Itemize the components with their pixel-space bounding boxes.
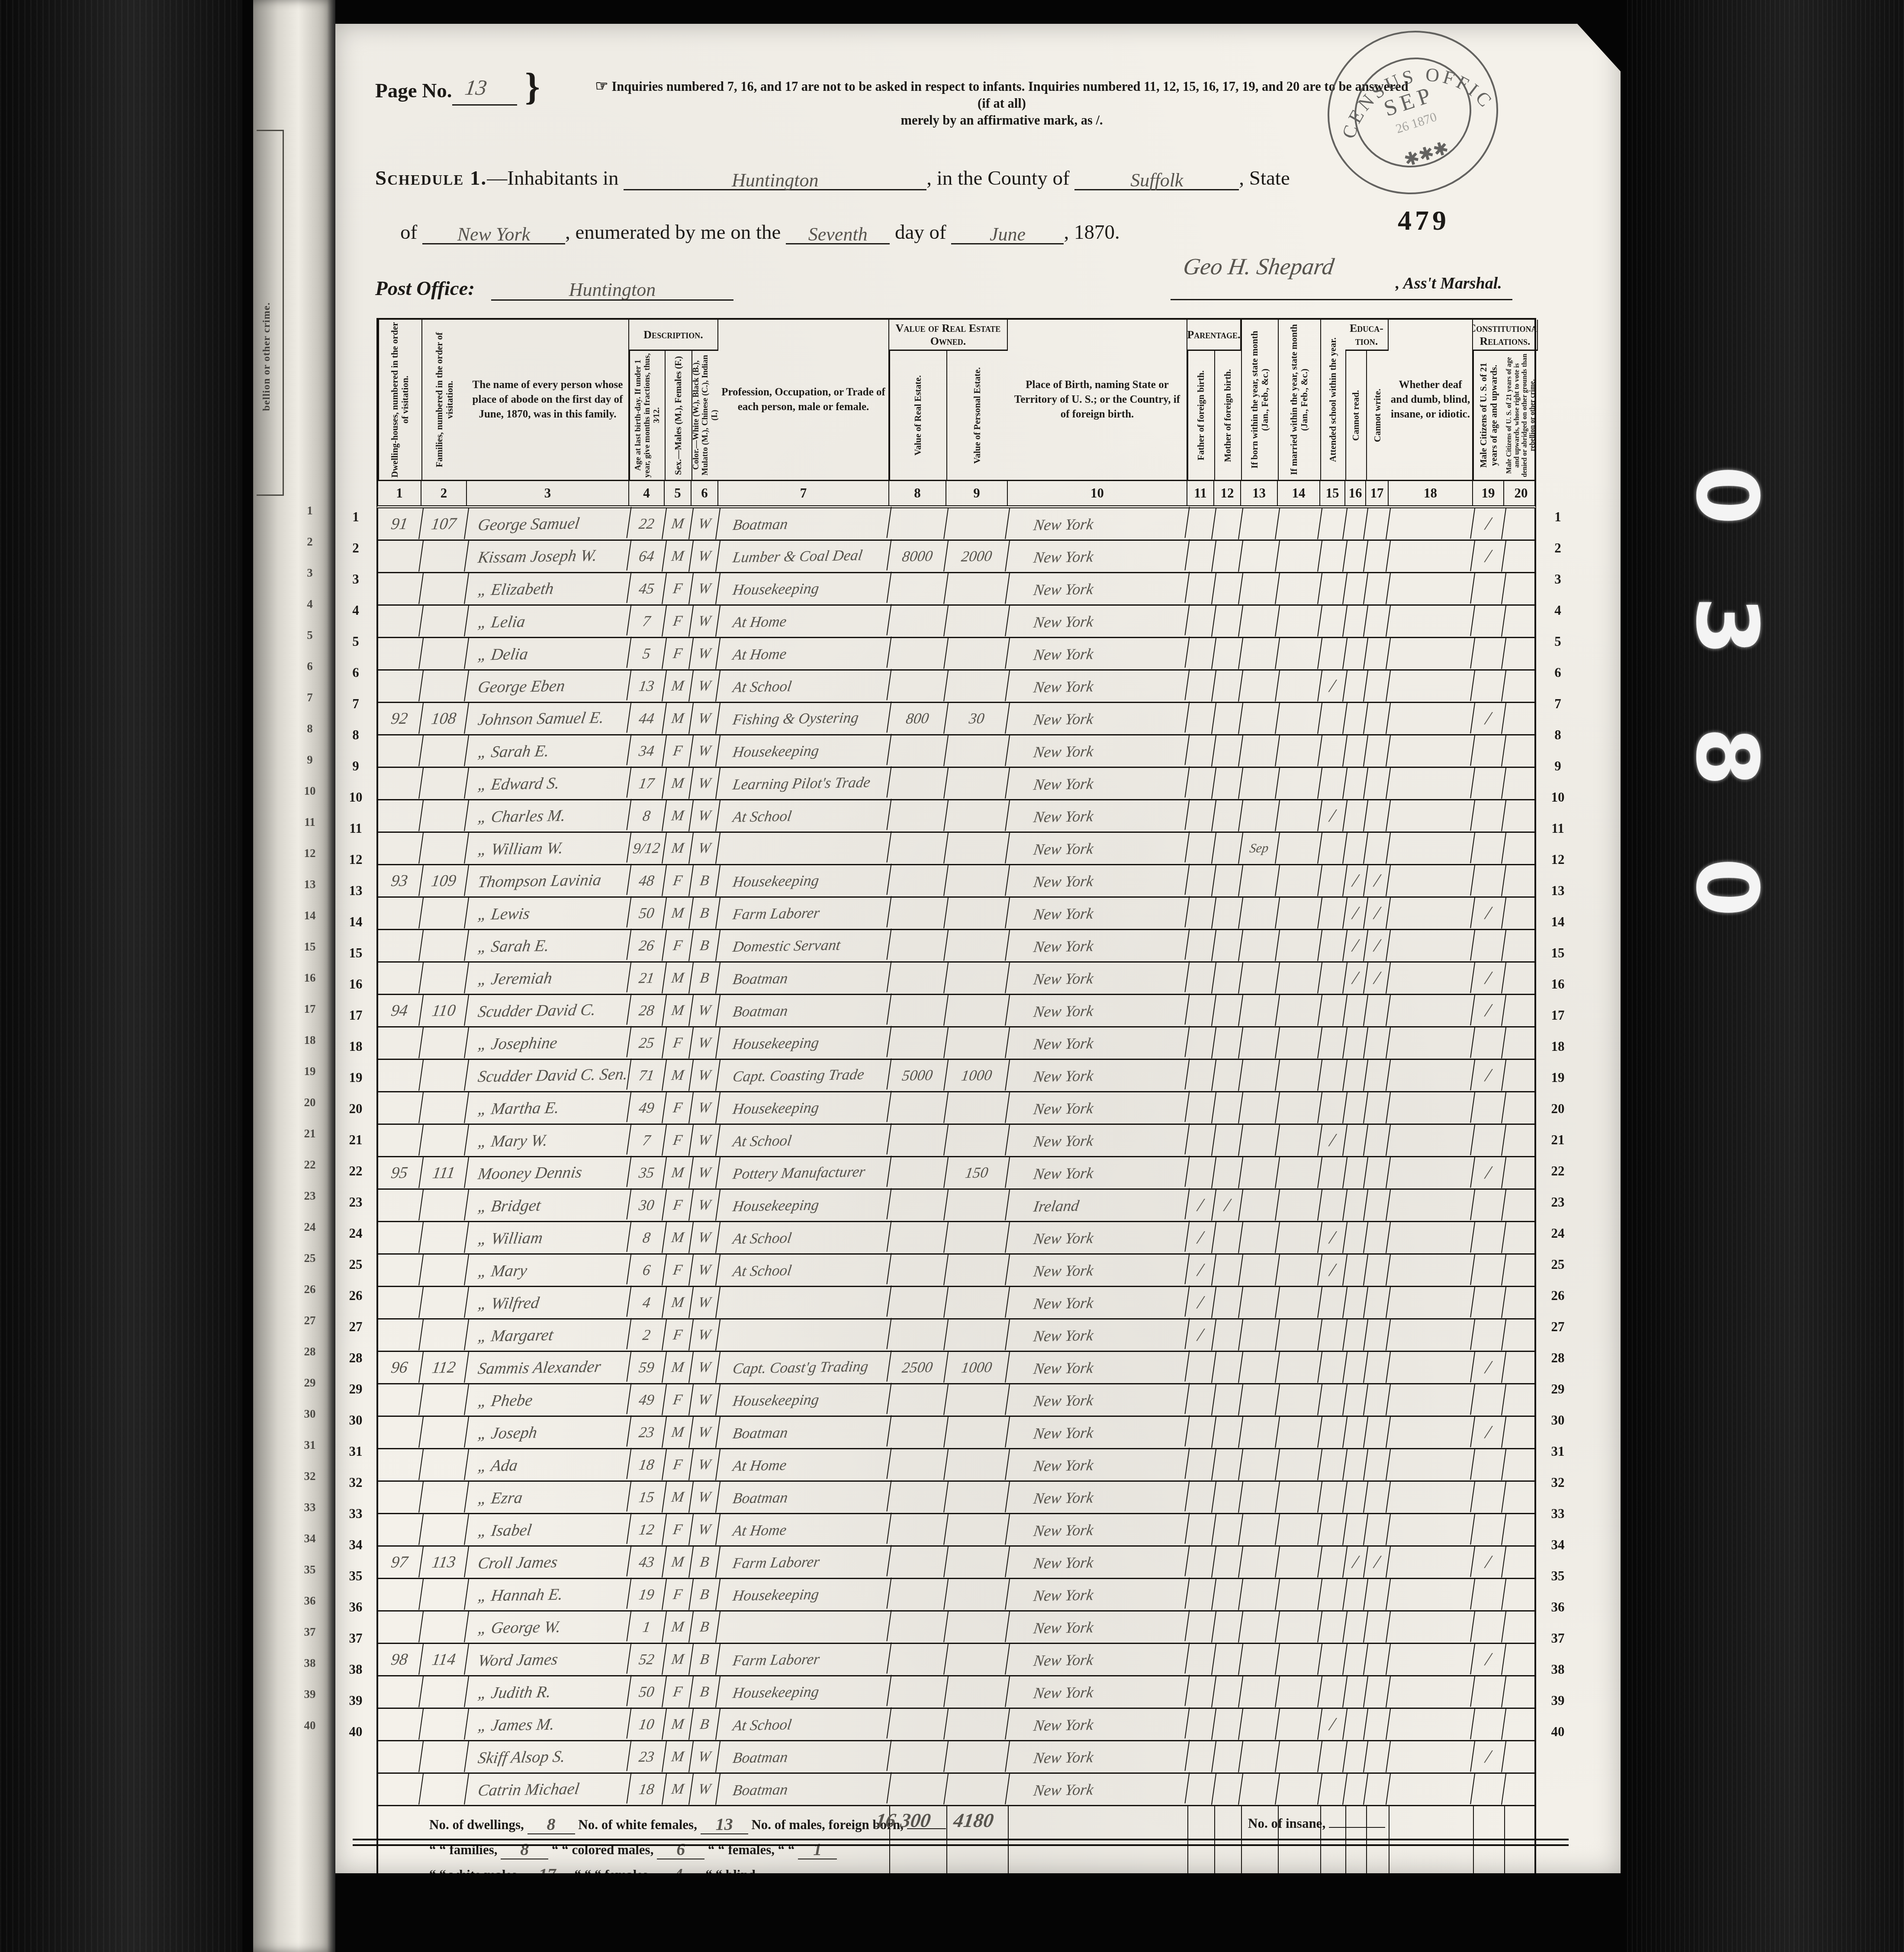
table-row: 95111Mooney Dennis35MWPottery Manufactur… [378, 1157, 1534, 1190]
cell-c12-row8 [1212, 735, 1243, 767]
cell-c18-row39 [1386, 1740, 1476, 1773]
cell-color-row7: W [689, 703, 720, 734]
cell-color-row13: B [689, 897, 720, 929]
cell-c14-row21 [1276, 1157, 1322, 1189]
cell-occ-row14: Domestic Servant [716, 929, 891, 963]
row-number-right: 31 [1543, 1444, 1573, 1459]
cell-pob-row37: New York [1005, 1675, 1190, 1709]
cell-f-row30 [419, 1449, 469, 1481]
cell-re-row39 [887, 1741, 949, 1773]
cell-name-row7: Johnson Samuel E. [464, 702, 631, 736]
cell-pob-row26: New York [1005, 1318, 1190, 1352]
post-office-label: Post Office: [375, 277, 475, 300]
summary-column-rule [1008, 1806, 1009, 1887]
cell-re-row9 [887, 767, 949, 799]
cell-c20-row38 [1502, 1708, 1540, 1740]
cell-c14-row18 [1276, 1059, 1322, 1092]
column-header-16: Cannot read. [1345, 351, 1366, 480]
column-number: 17 [1366, 481, 1389, 505]
cell-c12-row34 [1212, 1579, 1243, 1610]
column-header-19: Male Citizens of U. S. of 21 years of ag… [1473, 351, 1504, 480]
cell-d-row1: 91 [376, 508, 424, 540]
cell-f-row25 [419, 1287, 469, 1319]
adjacent-page-row-number: 9 [295, 753, 325, 767]
column-header-17: Cannot write. [1366, 351, 1389, 480]
page-no-blank-line [452, 104, 517, 106]
cell-c15-row30 [1318, 1449, 1348, 1480]
cell-c13-row34 [1239, 1579, 1280, 1610]
cell-c18-row4 [1386, 605, 1476, 637]
cell-sex-row3: F [663, 573, 694, 604]
cell-c15-row21 [1318, 1157, 1348, 1188]
adjacent-page-row-number: 33 [295, 1501, 325, 1514]
cell-c14-row27 [1276, 1352, 1322, 1384]
row-number-left: 28 [341, 1350, 371, 1366]
cell-d-row38 [376, 1708, 424, 1740]
cell-re-row40 [887, 1773, 949, 1805]
column-number: 10 [1008, 481, 1187, 505]
summary-value [762, 1878, 810, 1879]
cell-pob-row13: New York [1005, 896, 1190, 930]
row-number-right: 4 [1543, 603, 1573, 618]
table-row: „ Martha E.49FWHousekeepingNew York [378, 1092, 1534, 1125]
cell-pob-row35: New York [1005, 1610, 1190, 1644]
summary-column-rule [1504, 1806, 1505, 1887]
cell-c13-row6 [1239, 670, 1280, 702]
column-number: 13 [1241, 481, 1278, 505]
cell-name-row10: „ Charles M. [464, 799, 631, 833]
cell-c19-row25 [1471, 1287, 1506, 1318]
adjacent-page-row-number: 6 [295, 660, 325, 673]
cell-age-row17: 25 [627, 1027, 667, 1059]
adjacent-page-row-number: 5 [295, 629, 325, 642]
cell-c20-row13 [1502, 897, 1540, 929]
cell-color-row34: B [689, 1579, 720, 1610]
cell-c19-row3 [1471, 573, 1506, 604]
cell-re-row26 [887, 1319, 949, 1351]
cell-occ-row9: Learning Pilot's Trade [716, 767, 891, 801]
town-value: Huntington [732, 170, 818, 191]
cell-f-row22 [419, 1189, 469, 1221]
cell-c20-row32 [1502, 1514, 1540, 1545]
adjacent-page-row-number: 26 [295, 1283, 325, 1296]
cell-color-row16: W [689, 995, 720, 1026]
cell-c13-row33 [1239, 1546, 1280, 1578]
cell-c15-row12 [1318, 865, 1348, 896]
cell-c11-row29 [1185, 1416, 1216, 1448]
adjacent-page-row-number: 34 [295, 1532, 325, 1545]
cell-c14-row31 [1276, 1481, 1322, 1513]
cell-c15-row39 [1318, 1741, 1348, 1772]
cell-pob-row16: New York [1005, 993, 1190, 1027]
row-number-left: 23 [341, 1194, 371, 1210]
cell-pe-row24 [944, 1254, 1010, 1286]
cell-sex-row33: M [663, 1546, 694, 1578]
cell-c13-row20 [1239, 1124, 1280, 1156]
row-number-left: 38 [341, 1662, 371, 1677]
cell-c13-row21 [1239, 1157, 1280, 1188]
cell-name-row27: Sammis Alexander [464, 1351, 631, 1385]
row-number-right: 16 [1543, 976, 1573, 992]
cell-d-row34 [376, 1579, 424, 1611]
row-number-right: 25 [1543, 1257, 1573, 1272]
cell-c20-row27 [1502, 1352, 1540, 1383]
cell-c20-row40 [1502, 1773, 1540, 1805]
cell-c15-row16 [1318, 995, 1348, 1026]
cell-c14-row33 [1276, 1546, 1322, 1578]
cell-pe-row8 [944, 735, 1010, 767]
cell-occ-row39: Boatman [716, 1740, 891, 1774]
summary-insane-blank [1329, 1827, 1385, 1828]
cell-pe-row20 [944, 1124, 1010, 1156]
table-row: „ Lewis50MBFarm LaborerNew York/// [378, 898, 1534, 930]
cell-f-row19 [419, 1092, 469, 1124]
cell-pe-row34 [944, 1579, 1010, 1611]
cell-c19-row40 [1471, 1773, 1506, 1805]
summary-column-rule [1389, 1806, 1389, 1887]
row-number-right: 40 [1543, 1724, 1573, 1740]
cell-c11-row16 [1185, 995, 1216, 1026]
cell-c14-row17 [1276, 1027, 1322, 1059]
column-number-row: 1234567891011121314151617181920 [376, 481, 1536, 508]
column-header-7: Profession, Occupation, or Trade of each… [718, 320, 889, 480]
cell-c20-row20 [1502, 1124, 1540, 1156]
schedule-heading-line2: of New York, enumerated by me on the Sev… [400, 221, 1482, 244]
adjacent-page-row-number: 17 [295, 1002, 325, 1016]
cell-sex-row2: M [663, 540, 694, 572]
cell-name-row37: „ Judith R. [464, 1675, 631, 1709]
cell-d-row33: 97 [376, 1546, 424, 1578]
cell-color-row1: W [689, 508, 720, 539]
cell-c13-row16 [1239, 995, 1280, 1026]
cell-c11-row25: / [1185, 1287, 1216, 1318]
cell-c20-row33 [1502, 1546, 1540, 1578]
cell-pob-row7: New York [1005, 701, 1190, 735]
column-number: 16 [1345, 481, 1366, 505]
column-group-label: Parentage. [1187, 320, 1241, 351]
cell-d-row3 [376, 573, 424, 605]
cell-pe-row26 [944, 1319, 1010, 1351]
table-row: Catrin Michael18MWBoatmanNew York [378, 1774, 1534, 1806]
cell-c15-row1 [1318, 508, 1348, 539]
cell-c19-row17 [1471, 1027, 1506, 1059]
cell-c11-row21 [1185, 1157, 1216, 1188]
cell-name-row29: „ Joseph [464, 1416, 631, 1450]
cell-occ-row27: Capt. Coast'g Trading [716, 1351, 891, 1385]
cell-re-row7: 800 [887, 703, 949, 735]
row-number-left: 25 [341, 1257, 371, 1272]
cell-name-row24: „ Mary [464, 1253, 631, 1287]
film-frame-digit: 8 [1681, 692, 1772, 822]
cell-c19-row19 [1471, 1092, 1506, 1124]
cell-c12-row18 [1212, 1059, 1243, 1091]
cell-d-row9 [376, 767, 424, 799]
cell-pe-row22 [944, 1189, 1010, 1221]
schedule-text5: , enumerated by me on the [565, 221, 781, 244]
cell-c12-row27 [1212, 1352, 1243, 1383]
cell-c19-row20 [1471, 1124, 1506, 1156]
summary-label: “ “ blind, [705, 1867, 759, 1882]
cell-c15-row15 [1318, 962, 1348, 994]
cell-color-row11: W [689, 832, 720, 864]
table-row: 93109Thompson Lavinia48FBHousekeepingNew… [378, 865, 1534, 898]
cell-d-row27: 96 [376, 1352, 424, 1384]
cell-re-row31 [887, 1481, 949, 1513]
row-number-left: 21 [341, 1132, 371, 1148]
cell-c19-row11 [1471, 832, 1506, 864]
cell-pob-row40: New York [1005, 1772, 1190, 1806]
cell-c19-row6 [1471, 670, 1506, 702]
cell-c13-row9 [1239, 767, 1280, 799]
row-number-left: 10 [341, 790, 371, 805]
cell-pob-row18: New York [1005, 1058, 1190, 1092]
cell-c20-row10 [1502, 800, 1540, 832]
summary-label: “ “ white males, [429, 1867, 520, 1882]
cell-c20-row22 [1502, 1189, 1540, 1221]
cell-c13-row37 [1239, 1676, 1280, 1708]
column-header-20: Male Citizens of U. S. of 21 years of ag… [1504, 351, 1538, 480]
cell-name-row17: „ Josephine [464, 1026, 631, 1060]
table-row: „ William8MWAt SchoolNew York// [378, 1222, 1534, 1255]
adjacent-page-row-number: 35 [295, 1563, 325, 1576]
cell-c13-row2 [1239, 540, 1280, 572]
cell-f-row6 [419, 670, 469, 702]
cell-pob-row9: New York [1005, 766, 1190, 800]
cell-c19-row36: / [1471, 1644, 1506, 1675]
cell-sex-row29: M [663, 1416, 694, 1448]
cell-sex-row26: F [663, 1319, 694, 1351]
cell-c12-row4 [1212, 605, 1243, 637]
cell-occ-row40: Boatman [716, 1772, 891, 1807]
cell-c13-row31 [1239, 1481, 1280, 1513]
row-number-left: 14 [341, 914, 371, 930]
cell-c12-row6 [1212, 670, 1243, 702]
table-row: 92108Johnson Samuel E.44MWFishing & Oyst… [378, 703, 1534, 735]
row-number-left: 20 [341, 1101, 371, 1117]
cell-c11-row24: / [1185, 1254, 1216, 1286]
table-row: „ Delia5FWAt HomeNew York [378, 638, 1534, 671]
cell-pob-row2: New York [1005, 539, 1190, 573]
row-number-right: 39 [1543, 1693, 1573, 1708]
table-row: 94110Scudder David C.28MWBoatmanNew York… [378, 995, 1534, 1027]
cell-c14-row11 [1276, 832, 1322, 864]
cell-c12-row39 [1212, 1741, 1243, 1772]
cell-c15-row19 [1318, 1092, 1348, 1124]
cell-pe-row2: 2000 [944, 540, 1010, 572]
cell-occ-row3: Housekeeping [716, 572, 891, 606]
cell-d-row39 [376, 1741, 424, 1773]
cell-c15-row35 [1318, 1611, 1348, 1643]
cell-c12-row7 [1212, 703, 1243, 734]
cell-color-row22: W [689, 1189, 720, 1221]
post-office-blank: Huntington [491, 277, 733, 301]
cell-f-row17 [419, 1027, 469, 1059]
cell-re-row36 [887, 1644, 949, 1676]
cell-d-row15 [376, 962, 424, 994]
cell-occ-row25 [716, 1286, 891, 1320]
cell-d-row19 [376, 1092, 424, 1124]
cell-c18-row3 [1386, 572, 1476, 605]
day-blank: Seventh [786, 221, 890, 244]
cell-c20-row24 [1502, 1254, 1540, 1286]
cell-name-row20: „ Mary W. [464, 1124, 631, 1158]
cell-occ-row11 [716, 832, 891, 866]
cell-pe-row10 [944, 800, 1010, 832]
cell-pe-row29 [944, 1416, 1010, 1448]
schedule-text4: of [400, 221, 417, 244]
cell-d-row37 [376, 1676, 424, 1708]
cell-c13-row27 [1239, 1352, 1280, 1383]
cell-c11-row37 [1185, 1676, 1216, 1708]
adjacent-page-row-number: 40 [295, 1719, 325, 1732]
cell-c11-row39 [1185, 1741, 1216, 1772]
cell-c15-row27 [1318, 1352, 1348, 1383]
cell-pe-row30 [944, 1449, 1010, 1481]
cell-c18-row16 [1386, 994, 1476, 1027]
cell-age-row14: 26 [627, 930, 667, 961]
cell-age-row21: 35 [627, 1157, 667, 1188]
cell-c19-row9 [1471, 767, 1506, 799]
cell-color-row32: W [689, 1514, 720, 1545]
cell-c12-row30 [1212, 1449, 1243, 1480]
cell-c18-row21 [1386, 1156, 1476, 1189]
film-edge-right [1627, 0, 1904, 1952]
cell-c13-row7 [1239, 703, 1280, 734]
row-number-left: 2 [341, 540, 371, 556]
table-row: 98114Word James52MBFarm LaborerNew York/ [378, 1644, 1534, 1676]
cell-c14-row19 [1276, 1092, 1322, 1124]
cell-pe-row38 [944, 1708, 1010, 1740]
cell-occ-row30: At Home [716, 1448, 891, 1482]
cell-color-row19: W [689, 1092, 720, 1124]
cell-sex-row36: M [663, 1644, 694, 1675]
row-number-left: 8 [341, 727, 371, 743]
cell-c14-row35 [1276, 1611, 1322, 1643]
column-number: 20 [1504, 481, 1538, 505]
cell-pob-row27: New York [1005, 1350, 1190, 1384]
cell-occ-row6: At School [716, 669, 891, 703]
cell-f-row8 [419, 735, 469, 767]
cell-c19-row10 [1471, 800, 1506, 832]
cell-sex-row39: M [663, 1741, 694, 1772]
cell-c13-row12 [1239, 865, 1280, 896]
column-number: 19 [1473, 481, 1504, 505]
cell-occ-row32: At Home [716, 1513, 891, 1547]
cell-age-row34: 19 [627, 1579, 667, 1610]
cell-sex-row35: M [663, 1611, 694, 1643]
summary-total-real-estate: 16 300 [874, 1809, 932, 1832]
cell-c11-row28 [1185, 1384, 1216, 1416]
cell-c18-row2 [1386, 540, 1476, 572]
cell-c13-row24 [1239, 1254, 1280, 1286]
cell-c13-row8 [1239, 735, 1280, 767]
cell-c20-row21 [1502, 1157, 1540, 1188]
cell-re-row19 [887, 1092, 949, 1124]
cell-age-row18: 71 [627, 1059, 667, 1091]
cell-sex-row24: F [663, 1254, 694, 1286]
cell-re-row24 [887, 1254, 949, 1286]
cell-f-row1: 107 [419, 508, 469, 540]
cell-c13-row18 [1239, 1059, 1280, 1091]
cell-c18-row17 [1386, 1027, 1476, 1059]
cell-c15-row34 [1318, 1579, 1348, 1610]
cell-c18-row7 [1386, 702, 1476, 735]
cell-c20-row3 [1502, 573, 1540, 604]
cell-sex-row40: M [663, 1773, 694, 1805]
month-value: June [990, 224, 1026, 245]
state-value: New York [457, 224, 530, 245]
marshal-title: , Ass't Marshal. [1396, 274, 1502, 293]
cell-sex-row17: F [663, 1027, 694, 1059]
cell-pe-row4 [944, 605, 1010, 637]
cell-d-row10 [376, 800, 424, 832]
cell-pe-row23 [944, 1222, 1010, 1254]
cell-c12-row37 [1212, 1676, 1243, 1708]
cell-re-row16 [887, 995, 949, 1027]
cell-color-row10: W [689, 800, 720, 832]
census-microfilm-scan: { "film": { "frame_digits": ["0","3","8"… [0, 0, 1904, 1952]
adjacent-page-row-number: 10 [295, 784, 325, 798]
cell-sex-row13: M [663, 897, 694, 929]
schedule-text1: —Inhabitants in [487, 167, 618, 189]
cell-c20-row28 [1502, 1384, 1540, 1416]
cell-c12-row26 [1212, 1319, 1243, 1351]
cell-re-row18: 5000 [887, 1059, 949, 1092]
table-row: „ Sarah E.26FBDomestic ServantNew York// [378, 930, 1534, 963]
column-number: 6 [691, 481, 718, 505]
summary-line: No. of dwellings, 8 No. of white females… [429, 1813, 946, 1834]
cell-c13-row30 [1239, 1449, 1280, 1480]
adjacent-page-sliver: bellion or other crime. 1234567891011121… [253, 0, 335, 1952]
table-row: „ Isabel12FWAt HomeNew York [378, 1514, 1534, 1547]
cell-color-row26: W [689, 1319, 720, 1351]
cell-c15-row8 [1318, 735, 1348, 767]
cell-c20-row8 [1502, 735, 1540, 767]
column-number: 11 [1187, 481, 1214, 505]
column-header-4: Age at last birth-day. If under 1 year, … [629, 351, 665, 480]
cell-re-row6 [887, 670, 949, 702]
cell-c15-row18 [1318, 1059, 1348, 1091]
cell-c11-row8 [1185, 735, 1216, 767]
cell-age-row27: 59 [627, 1352, 667, 1383]
row-number-right: 37 [1543, 1631, 1573, 1646]
cell-age-row1: 22 [627, 508, 667, 539]
cell-c19-row29: / [1471, 1416, 1506, 1448]
summary-label: No. of dwellings, [429, 1817, 524, 1832]
summary-line: “ “ families, 8 “ “ colored males, 6 “ “… [429, 1838, 837, 1859]
cell-color-row2: W [689, 540, 720, 572]
cell-name-row14: „ Sarah E. [464, 929, 631, 963]
cell-c20-row39 [1502, 1741, 1540, 1772]
cell-occ-row28: Housekeeping [716, 1383, 891, 1417]
cell-c11-row6 [1185, 670, 1216, 702]
cell-f-row14 [419, 930, 469, 962]
cell-re-row4 [887, 605, 949, 637]
cell-c18-row24 [1386, 1254, 1476, 1286]
cell-c12-row28 [1212, 1384, 1243, 1416]
cell-f-row31 [419, 1481, 469, 1513]
cell-c19-row15: / [1471, 962, 1506, 994]
cell-sex-row16: M [663, 995, 694, 1026]
column-number: 9 [946, 481, 1008, 505]
cell-d-row13 [376, 897, 424, 929]
cell-pob-row3: New York [1005, 571, 1190, 606]
adjacent-page-row-number: 27 [295, 1314, 325, 1327]
cell-color-row38: B [689, 1708, 720, 1740]
cell-name-row33: Croll James [464, 1545, 631, 1580]
film-frame-number: 0380 [1662, 450, 1791, 933]
row-number-left: 26 [341, 1288, 371, 1303]
